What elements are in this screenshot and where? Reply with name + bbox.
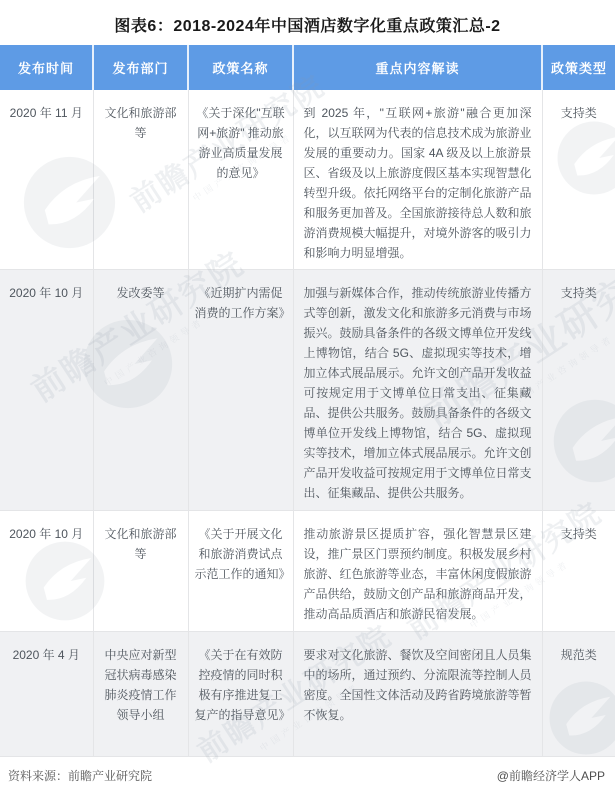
cell-policy-type: 支持类 [542, 269, 615, 510]
cell-publish-time: 2020 年 10 月 [0, 269, 93, 510]
cell-key-content: 到 2025 年，"互联网+旅游"融合更加深化，以互联网为代表的信息技术成为旅游… [293, 90, 542, 269]
cell-publish-dept: 文化和旅游部等 [93, 90, 188, 269]
footer: 资料来源：前瞻产业研究院 @前瞻经济学人APP [0, 757, 615, 784]
header-publish-time: 发布时间 [0, 45, 93, 90]
source-note: 资料来源：前瞻产业研究院 [8, 767, 152, 784]
header-key-content: 重点内容解读 [293, 45, 542, 90]
policy-table-body: 2020 年 11 月文化和旅游部等《关于深化"互联网+旅游" 推动旅游业高质量… [0, 90, 615, 756]
header-publish-dept: 发布部门 [93, 45, 188, 90]
cell-key-content: 要求对文化旅游、餐饮及空间密闭且人员集中的场所，通过预约、分流限流等控制人员密度… [293, 631, 542, 756]
header-policy-type: 政策类型 [542, 45, 615, 90]
cell-policy-name: 《近期扩内需促消费的工作方案》 [188, 269, 293, 510]
cell-policy-name: 《关于深化"互联网+旅游" 推动旅游业高质量发展的意见》 [188, 90, 293, 269]
cell-publish-dept: 中央应对新型冠状病毒感染肺炎疫情工作领导小组 [93, 631, 188, 756]
header-policy-name: 政策名称 [188, 45, 293, 90]
credit-note: @前瞻经济学人APP [497, 767, 605, 784]
table-row: 2020 年 4 月中央应对新型冠状病毒感染肺炎疫情工作领导小组《关于在有效防控… [0, 631, 615, 756]
policy-table: 发布时间 发布部门 政策名称 重点内容解读 政策类型 2020 年 11 月文化… [0, 45, 615, 757]
cell-publish-dept: 文化和旅游部等 [93, 510, 188, 631]
cell-key-content: 推动旅游景区提质扩容，强化智慧景区建设，推广景区门票预约制度。积极发展乡村旅游、… [293, 510, 542, 631]
report-page: 图表6：2018-2024年中国酒店数字化重点政策汇总-2 发布时间 发布部门 … [0, 0, 615, 792]
cell-policy-name: 《关于开展文化和旅游消费试点示范工作的通知》 [188, 510, 293, 631]
cell-key-content: 加强与新媒体合作，推动传统旅游业传播方式等创新，激发文化和旅游多元消费与市场振兴… [293, 269, 542, 510]
table-row: 2020 年 10 月发改委等《近期扩内需促消费的工作方案》加强与新媒体合作，推… [0, 269, 615, 510]
cell-publish-time: 2020 年 10 月 [0, 510, 93, 631]
cell-policy-type: 规范类 [542, 631, 615, 756]
cell-policy-type: 支持类 [542, 90, 615, 269]
table-row: 2020 年 11 月文化和旅游部等《关于深化"互联网+旅游" 推动旅游业高质量… [0, 90, 615, 269]
cell-policy-name: 《关于在有效防控疫情的同时积极有序推进复工复产的指导意见》 [188, 631, 293, 756]
table-header-row: 发布时间 发布部门 政策名称 重点内容解读 政策类型 [0, 45, 615, 90]
cell-publish-dept: 发改委等 [93, 269, 188, 510]
page-title: 图表6：2018-2024年中国酒店数字化重点政策汇总-2 [0, 0, 615, 45]
cell-publish-time: 2020 年 11 月 [0, 90, 93, 269]
cell-publish-time: 2020 年 4 月 [0, 631, 93, 756]
table-row: 2020 年 10 月文化和旅游部等《关于开展文化和旅游消费试点示范工作的通知》… [0, 510, 615, 631]
cell-policy-type: 支持类 [542, 510, 615, 631]
